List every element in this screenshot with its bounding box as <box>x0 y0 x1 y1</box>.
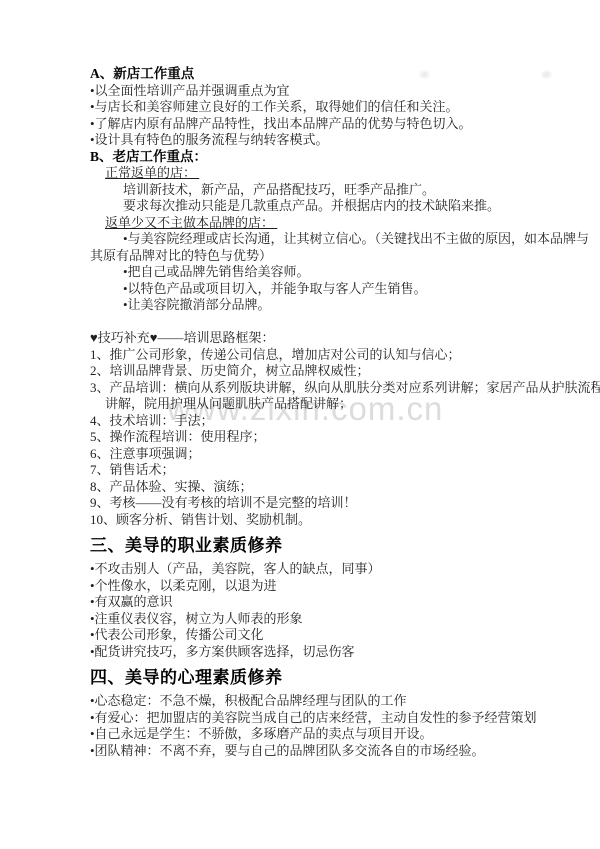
text-line: 9、考核——没有考核的培训不是完整的培训！ <box>90 495 530 512</box>
text-line: 5、操作流程培训：使用程序； <box>90 429 530 446</box>
text-line: •设计具有特色的服务流程与纳转客模式。 <box>90 132 530 149</box>
underlined-label: 返单少又不主做本品牌的店： <box>90 215 530 232</box>
document-page: www.zixin.com.cn A、新店工作重点•以全面性培训产品并强调重点为… <box>0 0 600 849</box>
text-line: •团队精神：不离不弃，要与自己的品牌团队多交流各自的市场经验。 <box>90 743 530 760</box>
text-line: •以特色产品或项目切入，并能争取与客人产生销售。 <box>90 281 530 298</box>
section-heading: 四、美导的心理素质修养 <box>90 668 530 688</box>
text-line: •有双赢的意识 <box>90 594 530 611</box>
text-line: 其原有品牌对比的特色与优势） <box>90 248 530 265</box>
text-line: •注重仪表仪容，树立为人师表的形象 <box>90 611 530 628</box>
text-line: 7、销售话术； <box>90 462 530 479</box>
document-body: A、新店工作重点•以全面性培训产品并强调重点为宜•与店长和美容师建立良好的工作关… <box>90 66 530 759</box>
text-line: 10、顾客分析、销售计划、奖励机制。 <box>90 512 530 529</box>
text-line: ♥技巧补充♥——培训思路框架： <box>90 330 530 347</box>
text-line: 3、产品培训：横向从系列版块讲解，纵向从肌肤分类对应系列讲解；家居产品从护肤流程 <box>90 380 530 397</box>
underlined-label: 正常返单的店： <box>90 165 530 182</box>
subsection-heading: B、老店工作重点： <box>90 149 530 166</box>
text-line: 培训新技术，新产品，产品搭配技巧，旺季产品推广。 <box>90 182 530 199</box>
text-line: •个性像水，以柔克刚，以退为进 <box>90 578 530 595</box>
text-line: 4、技术培训：手法； <box>90 413 530 430</box>
text-line: •代表公司形象，传播公司文化 <box>90 627 530 644</box>
text-line: 6、注意事项强调； <box>90 446 530 463</box>
scan-artifact <box>542 71 551 78</box>
text-line: 2、培训品牌背景、历史简介，树立品牌权威性； <box>90 363 530 380</box>
subsection-heading: A、新店工作重点 <box>90 66 530 83</box>
section-heading: 三、美导的职业素质修养 <box>90 536 530 556</box>
text-line: •自己永远是学生：不骄傲，多琢磨产品的卖点与项目开设。 <box>90 726 530 743</box>
text-line: •与店长和美容师建立良好的工作关系，取得她们的信任和关注。 <box>90 99 530 116</box>
text-line: •不攻击别人（产品，美容院，客人的缺点，同事） <box>90 561 530 578</box>
text-line: •了解店内原有品牌产品特性，找出本品牌产品的优势与特色切入。 <box>90 116 530 133</box>
blank-line <box>90 314 530 331</box>
text-line: 要求每次推动只能是几款重点产品。并根据店内的技术缺陷来推。 <box>90 198 530 215</box>
text-line: •以全面性培训产品并强调重点为宜 <box>90 83 530 100</box>
text-line: •心态稳定：不急不燥，积极配合品牌经理与团队的工作 <box>90 693 530 710</box>
text-line: 8、产品体验、实操、演练； <box>90 479 530 496</box>
text-line: •与美容院经理或店长沟通，让其树立信心。（关键找出不主做的原因，如本品牌与 <box>90 231 530 248</box>
text-line: •让美容院撤消部分品牌。 <box>90 297 530 314</box>
text-line: 讲解，院用护理从问题肌肤产品搭配讲解； <box>90 396 530 413</box>
text-line: 1、推广公司形象，传递公司信息，增加店对公司的认知与信心； <box>90 347 530 364</box>
text-line: •配货讲究技巧，多方案供顾客选择，切忌伤客 <box>90 644 530 661</box>
text-line: •有爱心：把加盟店的美容院当成自己的店来经营，主动自发性的参予经营策划 <box>90 710 530 727</box>
text-line: •把自己或品牌先销售给美容师。 <box>90 264 530 281</box>
